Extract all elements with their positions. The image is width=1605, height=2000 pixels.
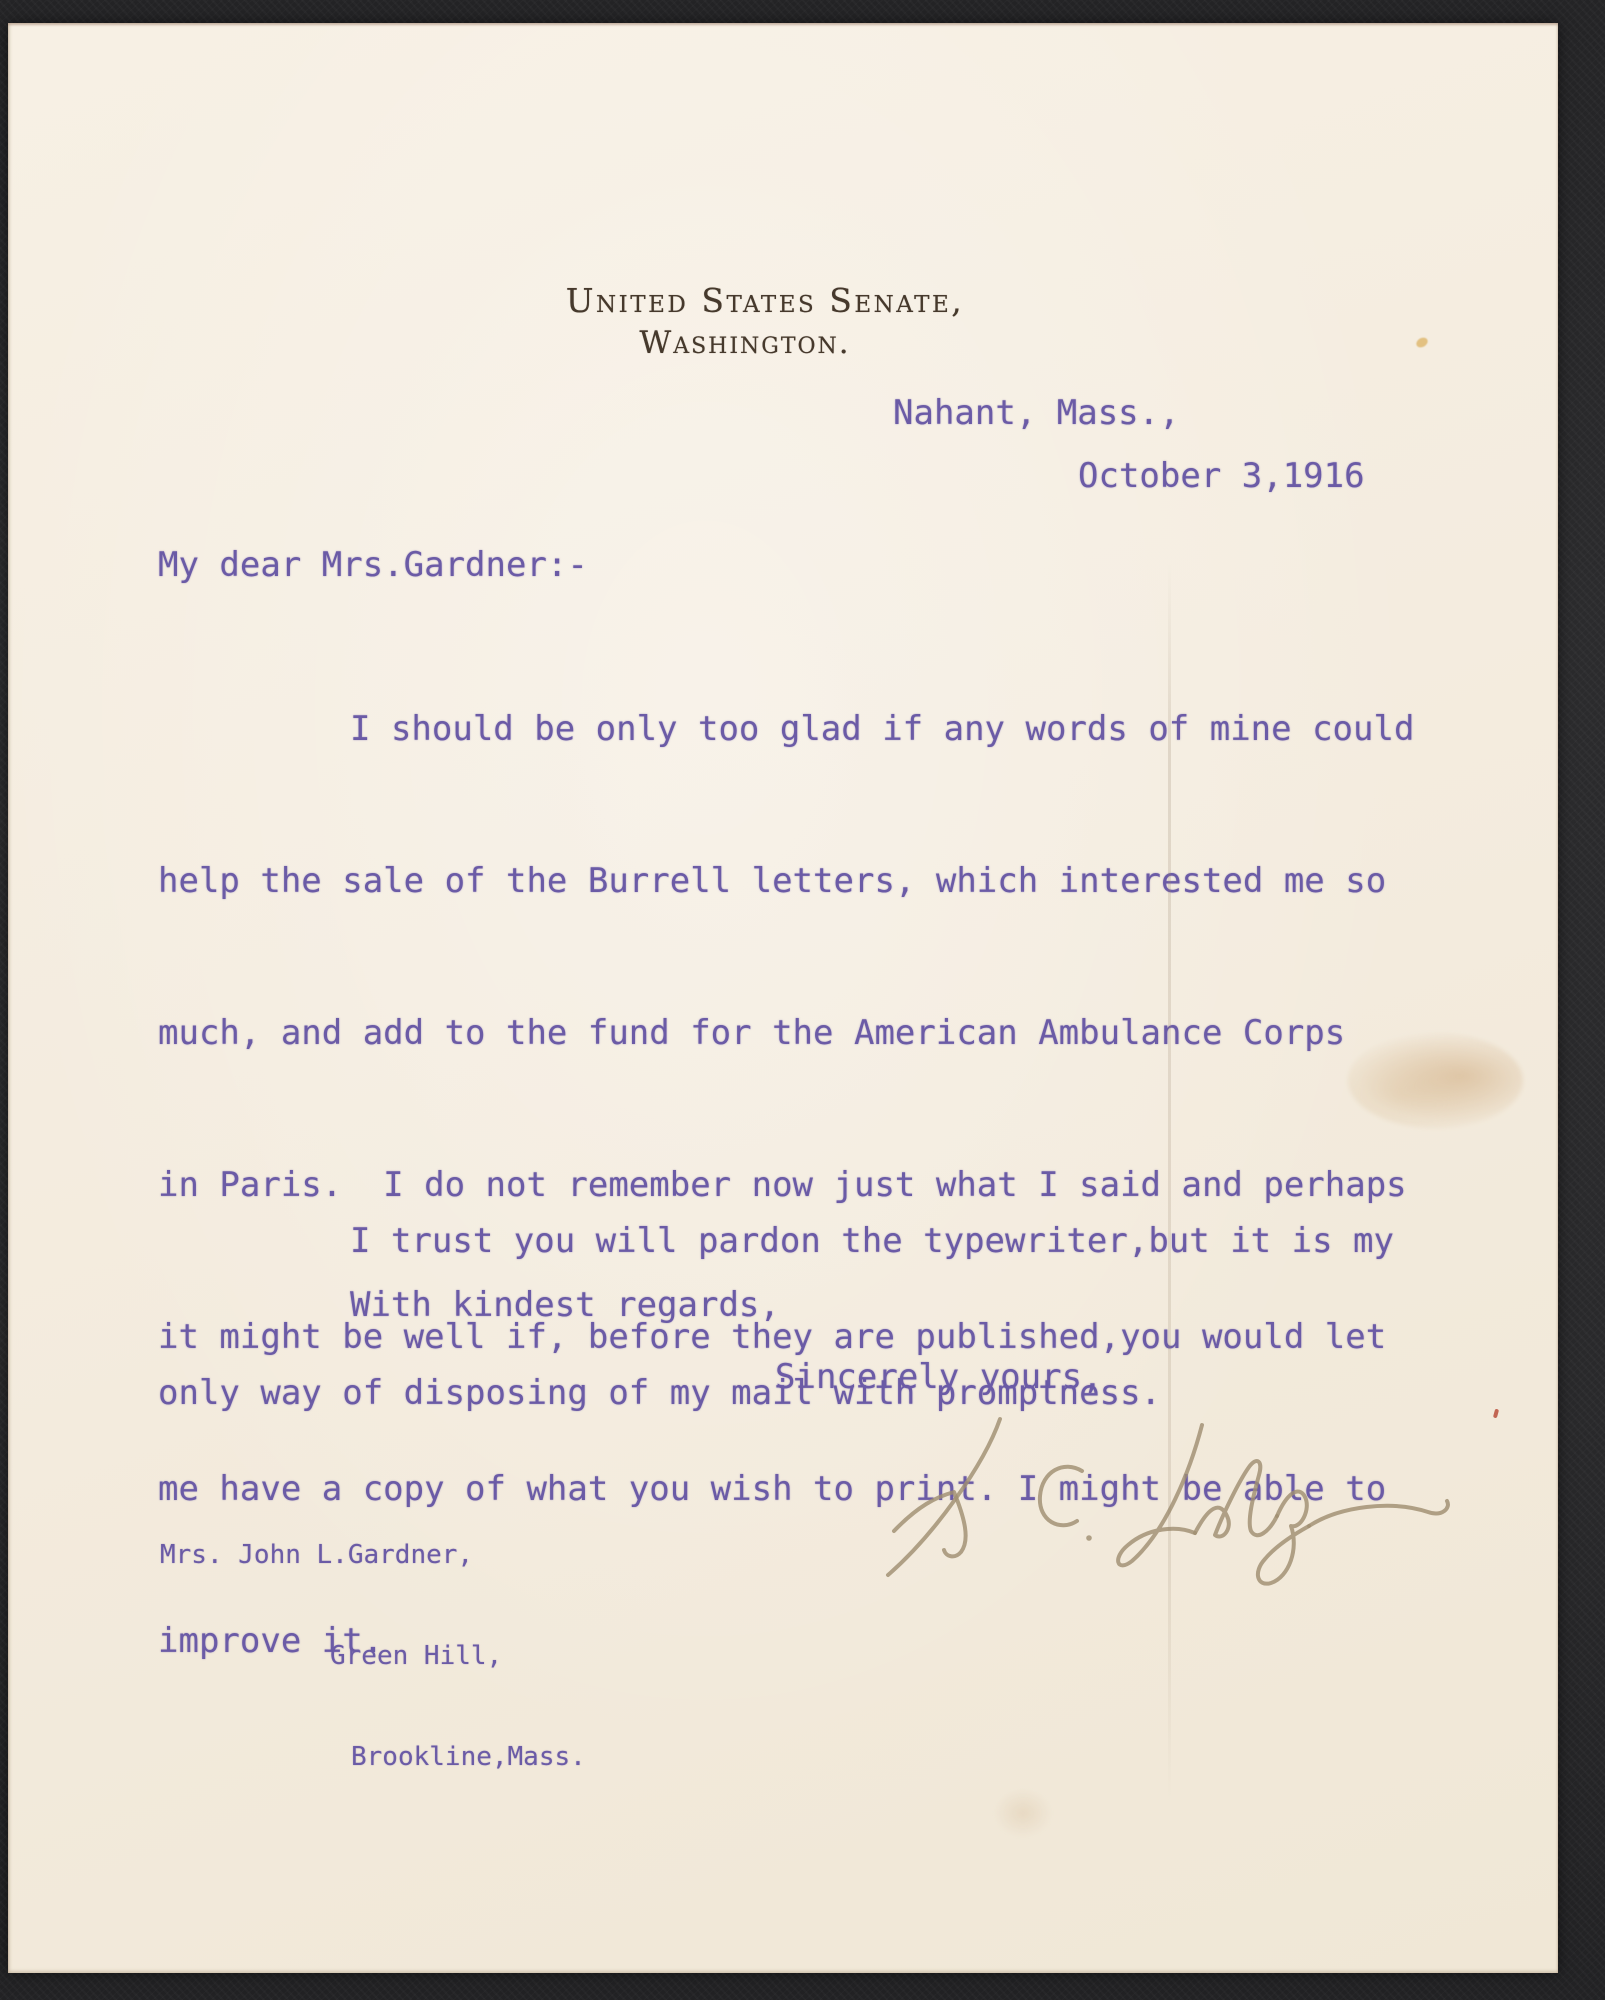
letterhead-line2: Washington. — [639, 325, 850, 361]
recipient-address-block: Mrs. John L.Gardner, Green Hill, Brookli… — [160, 1475, 586, 1838]
body-line: help the sale of the Burrell letters, wh… — [158, 845, 1414, 917]
paper-speck-yellow — [1415, 336, 1430, 350]
closing-regards: With kindest regards, — [350, 1285, 780, 1325]
dateline-place: Nahant, Mass., — [893, 393, 1180, 433]
salutation: My dear Mrs.Gardner:- — [158, 545, 588, 585]
body-line: I trust you will pardon the typewriter,b… — [158, 1205, 1394, 1277]
body-line: I should be only too glad if any words o… — [158, 693, 1414, 765]
recipient-address-line: Brookline,Mass. — [160, 1737, 586, 1778]
letter-paper: United States Senate, Washington. Nahant… — [8, 23, 1558, 1973]
paper-fold-crease — [1168, 563, 1171, 1803]
closing-valediction: Sincerely yours, — [775, 1357, 1103, 1397]
dateline-date: October 3,1916 — [1078, 456, 1365, 496]
letterhead-line1: United States Senate, — [566, 281, 965, 320]
recipient-address-line: Green Hill, — [160, 1636, 586, 1677]
recipient-address-line: Mrs. John L.Gardner, — [160, 1535, 586, 1576]
paper-stain-large — [1348, 1033, 1523, 1128]
body-line: much, and add to the fund for the Americ… — [158, 997, 1414, 1069]
paper-speck-red — [1493, 1409, 1499, 1419]
scan-background: United States Senate, Washington. Nahant… — [0, 0, 1605, 2000]
paper-stain-faint — [993, 1788, 1053, 1838]
